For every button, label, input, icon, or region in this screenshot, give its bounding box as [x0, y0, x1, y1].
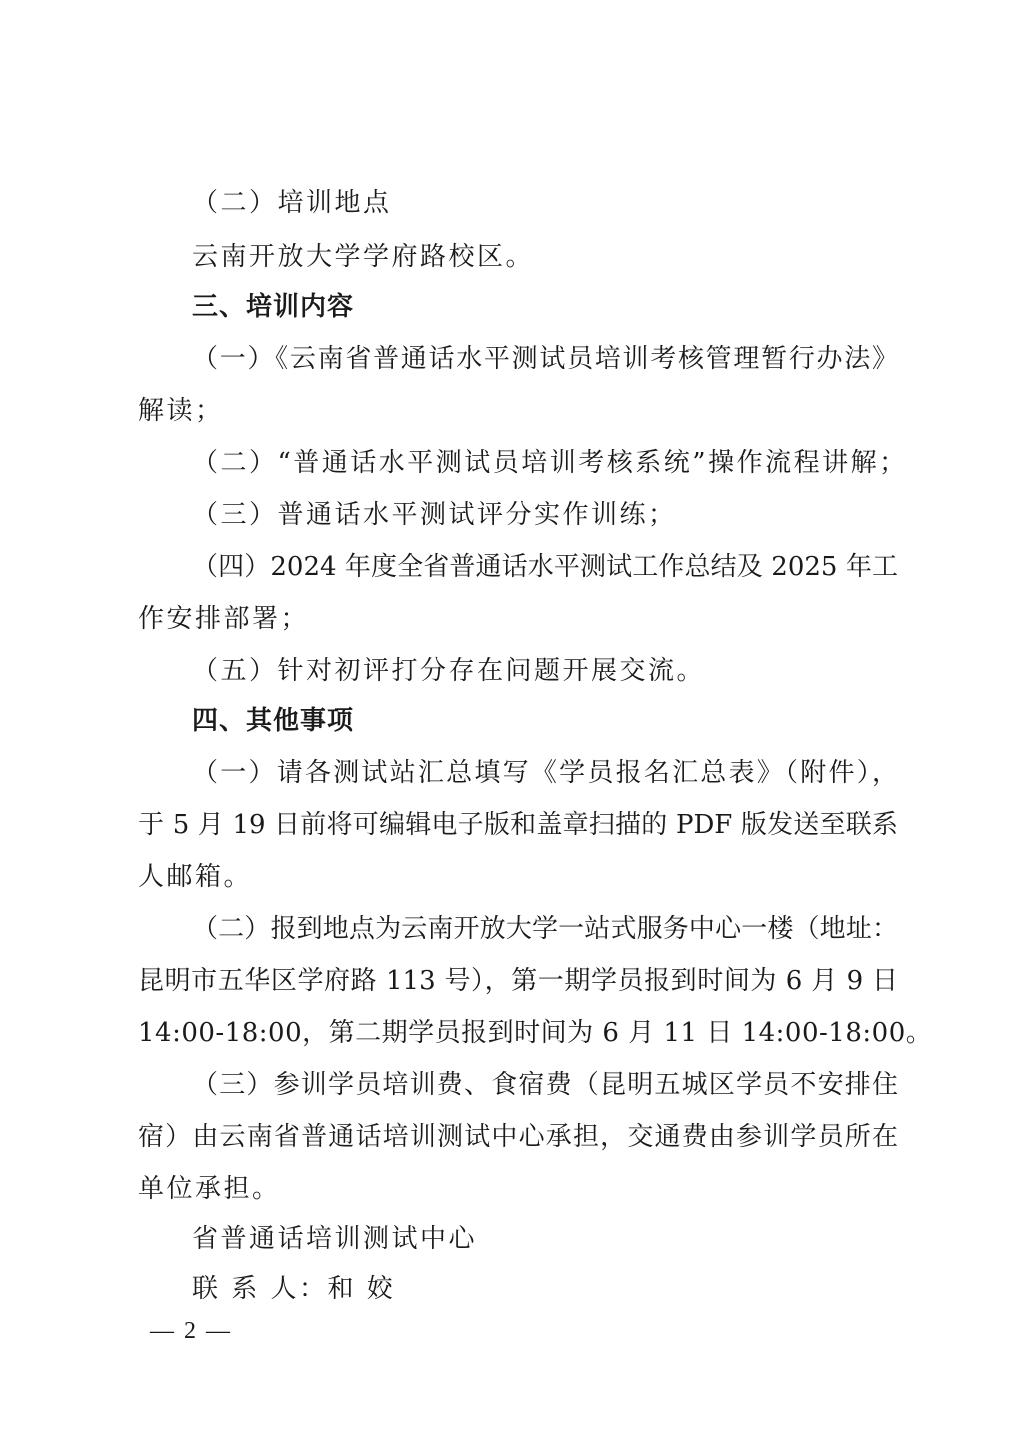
- list-item-content-1-cont: 解读；: [138, 394, 224, 428]
- list-item-content-5: （五）针对初评打分存在问题开展交流。: [192, 654, 705, 688]
- section-heading-other-matters: 四、其他事项: [192, 704, 354, 738]
- list-item-other-1-cont2: 人邮箱。: [138, 860, 252, 894]
- page-number: — 2 —: [150, 1316, 232, 1346]
- organization-name: 省普通话培训测试中心: [192, 1222, 477, 1256]
- paragraph-training-location: 云南开放大学学府路校区。: [192, 240, 534, 274]
- document-page: （二）培训地点 云南开放大学学府路校区。 三、培训内容 （一）《云南省普通话水平…: [0, 0, 1024, 1448]
- list-item-content-1: （一）《云南省普通话水平测试员培训考核管理暂行办法》: [192, 342, 898, 376]
- contact-person: 联 系 人：和 姣: [192, 1272, 395, 1306]
- subsection-title-training-location: （二）培训地点: [192, 186, 392, 220]
- list-item-other-1-cont: 于 5 月 19 日前将可编辑电子版和盖章扫描的 PDF 版发送至联系: [138, 808, 898, 842]
- list-item-content-2: （二）“普通话水平测试员培训考核系统”操作流程讲解；: [192, 446, 908, 480]
- list-item-other-2: （二）报到地点为云南开放大学一站式服务中心一楼（地址：: [192, 912, 898, 946]
- list-item-other-3: （三）参训学员培训费、食宿费（昆明五城区学员不安排住: [192, 1068, 898, 1102]
- list-item-other-1: （一）请各测试站汇总填写《学员报名汇总表》（附件），: [192, 756, 898, 790]
- list-item-other-3-cont2: 单位承担。: [138, 1172, 281, 1206]
- list-item-other-3-cont: 宿）由云南省普通话培训测试中心承担，交通费由参训学员所在: [138, 1120, 898, 1154]
- list-item-other-2-cont: 昆明市五华区学府路 113 号），第一期学员报到时间为 6 月 9 日: [138, 964, 898, 998]
- list-item-other-2-cont2: 14:00-18:00，第二期学员报到时间为 6 月 11 日 14:00-18…: [138, 1016, 932, 1050]
- list-item-content-4: （四）2024 年度全省普通话水平测试工作总结及 2025 年工: [192, 550, 898, 584]
- list-item-content-3: （三）普通话水平测试评分实作训练；: [192, 498, 677, 532]
- list-item-content-4-cont: 作安排部署；: [138, 602, 309, 636]
- section-heading-training-content: 三、培训内容: [192, 290, 354, 324]
